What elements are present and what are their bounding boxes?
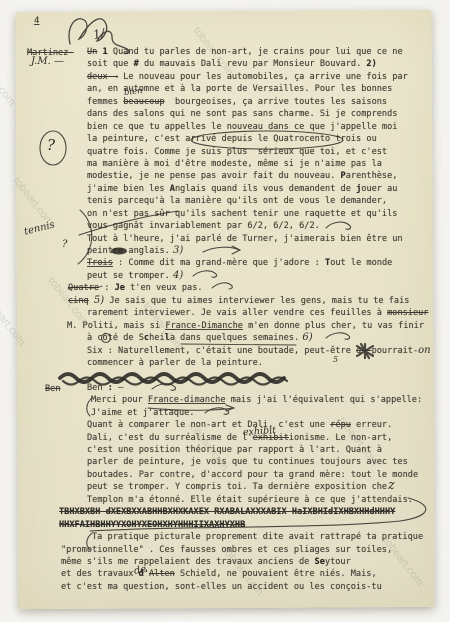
typed-line: boutades. Par contre, d'accord pour ta g… [87, 469, 431, 481]
typed-text: re [113, 246, 123, 256]
hand-question-mark: ? [47, 138, 55, 153]
typed-text: c'est une position théorique par rapport… [87, 445, 382, 455]
typed-text: Merci pour [91, 395, 148, 405]
typed-text: commencer à parler de la peinture. [87, 358, 263, 368]
typed-text: 1 [97, 47, 107, 57]
typed-text: femmes [87, 97, 123, 107]
typed-text: ma manière à moi d'être modeste, même si… [87, 159, 382, 169]
typed-line: peintre anglais. 3) [87, 245, 431, 257]
typed-text: J'aime et j'attaque. [91, 408, 194, 418]
typed-text: Quant à comparer le non-art et Dali, c'e… [87, 420, 330, 430]
typed-text: Se [315, 557, 325, 567]
typed-line: peut se tromper. Y compris toi. Ta derni… [87, 481, 431, 493]
hand-number-1: 1/ [92, 27, 106, 41]
typed-line: bien ce que tu appelles le nouveau dans … [87, 121, 431, 133]
typed-text: France-dimanche [148, 395, 226, 405]
typed-text: la peinture, c'est arrivé depuis le Quat… [87, 134, 377, 144]
typed-line: Tout à l'heure, j'ai parlé de Turner, j'… [87, 233, 431, 245]
typed-text: Quand tu parles de non-art, je crains po… [108, 47, 403, 57]
typed-text: j'aime bien les [87, 184, 170, 194]
typed-text: Tout à l'heure, j'ai parlé de Turner, j'… [87, 234, 403, 244]
typed-line: on n'est pas sûr qu'ils sachent tenir un… [87, 208, 431, 220]
typed-text: pourrait- [372, 346, 419, 356]
hand-correction-bien: bien [124, 87, 143, 97]
typed-text: boutades. Par contre, d'accord pour ta g… [87, 470, 418, 480]
typed-text: peut se tromper. [87, 271, 170, 281]
typed-text: Trois [87, 258, 113, 268]
typed-line: M. Politi, mais si France-Dimanche m'en … [67, 320, 431, 332]
typed-line: vous gagnât invariablement par 6/2, 6/2,… [87, 220, 431, 232]
scanned-document: Un 1 Quand tu parles de non-art, je crai… [0, 0, 450, 622]
typed-text: erreur. [351, 420, 392, 430]
typed-text: Six : Naturellement, c'était une boutade… [87, 346, 356, 356]
typed-text: dans des salons qui ne sont pas sans cha… [87, 109, 397, 119]
typed-text: bourgeoises, ça arrive toutes les saison… [165, 97, 387, 107]
typed-text: même s'ils me rappelaient des travaux an… [61, 557, 315, 567]
typed-text: Le nouveau pour les automobiles, ça arri… [118, 72, 408, 82]
typed-line [87, 369, 431, 381]
typed-line: HHXFAIHBHHYYXOHYXEOHXHYHHHIIXAXHYXHB [59, 519, 431, 531]
typed-text: Dali, c'est du surréalisme de l' [87, 433, 253, 443]
typed-text: du mauvais Dali revu par Monsieur Bouvar… [139, 59, 367, 69]
typed-text: Ben [87, 383, 108, 393]
typed-text: t'en veux pas. [125, 283, 203, 293]
typed-text: Un [87, 47, 97, 57]
typed-line: tenis parcequ'à la manière qu'ils ont de… [87, 195, 431, 207]
typed-text: on n'est pas sûr qu'ils sachent tenir un… [87, 209, 397, 219]
typed-text: modestie, je ne pense pas avoir fait du … [87, 171, 341, 181]
typed-text: Quatre [68, 283, 99, 293]
typed-text: nglais quand ils vous demandent de [175, 184, 356, 194]
page-number: 4 [34, 17, 39, 26]
hand-letter-z: z [388, 479, 395, 492]
typed-text: vous gagnât invariablement par 6/2, 6/2,… [87, 221, 320, 231]
typed-line: "promotionnelle" . Ces fausses ombres et… [61, 544, 431, 556]
typed-line: à côté de Scheila dans quelques semaines… [87, 332, 431, 344]
margin-ben-struck: Ben [45, 385, 61, 394]
typed-text: q [356, 346, 372, 356]
typed-text: ytour [325, 557, 351, 567]
typed-text: quatre fois. Comme je suis plus sérieux … [87, 147, 387, 157]
typed-text: tenis parcequ'à la manière qu'ils ont de… [87, 196, 387, 206]
typed-line: Ben : — [87, 382, 431, 394]
typed-text: — [113, 383, 123, 393]
typed-line: J'aime et j'attaque. [91, 407, 431, 419]
typed-text: 6) [299, 332, 312, 343]
typed-text: on [418, 345, 430, 356]
typed-text: ouer au [361, 184, 397, 194]
typed-text: à côté de S [87, 333, 144, 343]
typed-line: j'aime bien les Anglais quand ils vous d… [87, 183, 431, 195]
typed-text: 3) [170, 245, 183, 256]
hand-correction-de: de [133, 565, 147, 577]
typed-line: Trois : Comme dit ma grand-mère que j'ad… [87, 257, 431, 269]
typed-text: beaucoup [123, 97, 164, 107]
typed-line: modestie, je ne pense pas avoir fait du … [87, 170, 431, 182]
typed-text: peut se tromper. Y compris toi. Ta derni… [87, 482, 387, 492]
typed-line: deux → Le nouveau pour les automobiles, … [87, 71, 431, 83]
typed-text: arenthèse, [346, 171, 398, 181]
typed-text: ionisme. Le non-art, [289, 433, 392, 443]
typed-text: monsieur [387, 308, 428, 318]
typed-text: Schield, ne pouvaient être niés. Mais, [175, 569, 377, 579]
typed-text: 2) [366, 59, 376, 69]
typed-line: soit que # du mauvais Dali revu par Mons… [87, 58, 431, 70]
typed-line: Merci pour France-dimanche mais j'ai l'é… [91, 394, 431, 406]
typed-line: quatre fois. Comme je suis plus sérieux … [87, 146, 431, 158]
typed-line: Quatre : Je t'en veux pas. [68, 282, 431, 294]
typed-text: 5) [94, 295, 104, 306]
typed-text: bien ce que tu appelles le nouveau dans … [87, 122, 397, 132]
typed-text: parler de peinture, je vois que tu conti… [87, 457, 408, 467]
typed-text: mais j'ai l'équivalent qui s'appelle: [226, 395, 423, 405]
typed-text: 4) [170, 270, 183, 281]
hand-question-mark-2: ? [62, 240, 67, 250]
typed-text-block: Un 1 Quand tu parles de non-art, je crai… [87, 46, 431, 593]
typed-text: rarement interviewer. Je vais aller vend… [87, 308, 387, 318]
typed-text: Je [115, 283, 125, 293]
typed-text: et des travaux [61, 569, 139, 579]
typed-line: cinq 5) Je sais que tu aimes interviewer… [68, 295, 431, 307]
hand-correction-exhibit: exhibit [243, 426, 277, 438]
typed-line: femmes beaucoup bourgeoises, ça arrive t… [87, 96, 431, 108]
typed-text [87, 370, 92, 380]
typed-line: la peinture, c'est arrivé depuis le Quat… [87, 133, 431, 145]
typed-line: commencer à parler de la peinture. [87, 357, 431, 369]
typed-line: c'est une position théorique par rapport… [87, 444, 431, 456]
typed-text: anglais. [123, 246, 170, 256]
typed-text: m'en donne plus cher, tu vas finir [243, 321, 424, 331]
typed-text: Templon m'a étonné. Elle était supérieur… [87, 495, 413, 505]
typed-text: et c'est ma question, sont-elles un acci… [61, 582, 382, 592]
hand-number-5: 5 [333, 356, 338, 364]
margin-initials-hand: J.M. — [31, 57, 64, 67]
typed-line: ma manière à moi d'être modeste, même si… [87, 158, 431, 170]
typed-text: out le monde [330, 258, 392, 268]
typed-text: : Comme dit ma grand-mère que j'adore : [113, 258, 325, 268]
typed-text: TBHXBXBH dXEXBXXABHHBXHXKAXEX RXABALAXXX… [59, 507, 395, 517]
typed-text: HHXFAIHBHHYYXOHYXEOHXHYHHHIIXAXHYXHB [59, 520, 245, 530]
typed-line: Templon m'a étonné. Elle était supérieur… [87, 494, 431, 506]
typed-line: Six : Naturellement, c'était une boutade… [87, 345, 431, 357]
typed-text: a dans quelques semaines. [170, 333, 299, 343]
typed-text: Alten [149, 569, 175, 579]
typed-text: deux → [87, 72, 118, 82]
typed-line: TBHXBXBH dXEXBXXABHHBXHXKAXEX RXABALAXXX… [59, 506, 431, 518]
typed-text: : [99, 283, 115, 293]
typed-text: peint [87, 246, 113, 256]
typed-line: dans des salons qui ne sont pas sans cha… [87, 108, 431, 120]
typed-text: France-Dimanche [165, 321, 243, 331]
typed-line: rarement interviewer. Je vais aller vend… [87, 307, 431, 319]
typed-text: soit que [87, 59, 134, 69]
typed-line: Un 1 Quand tu parles de non-art, je crai… [87, 46, 431, 58]
typed-text: Ta pratique picturale proprement dite av… [92, 532, 423, 542]
typed-line: peut se tromper. 4) [87, 270, 431, 282]
